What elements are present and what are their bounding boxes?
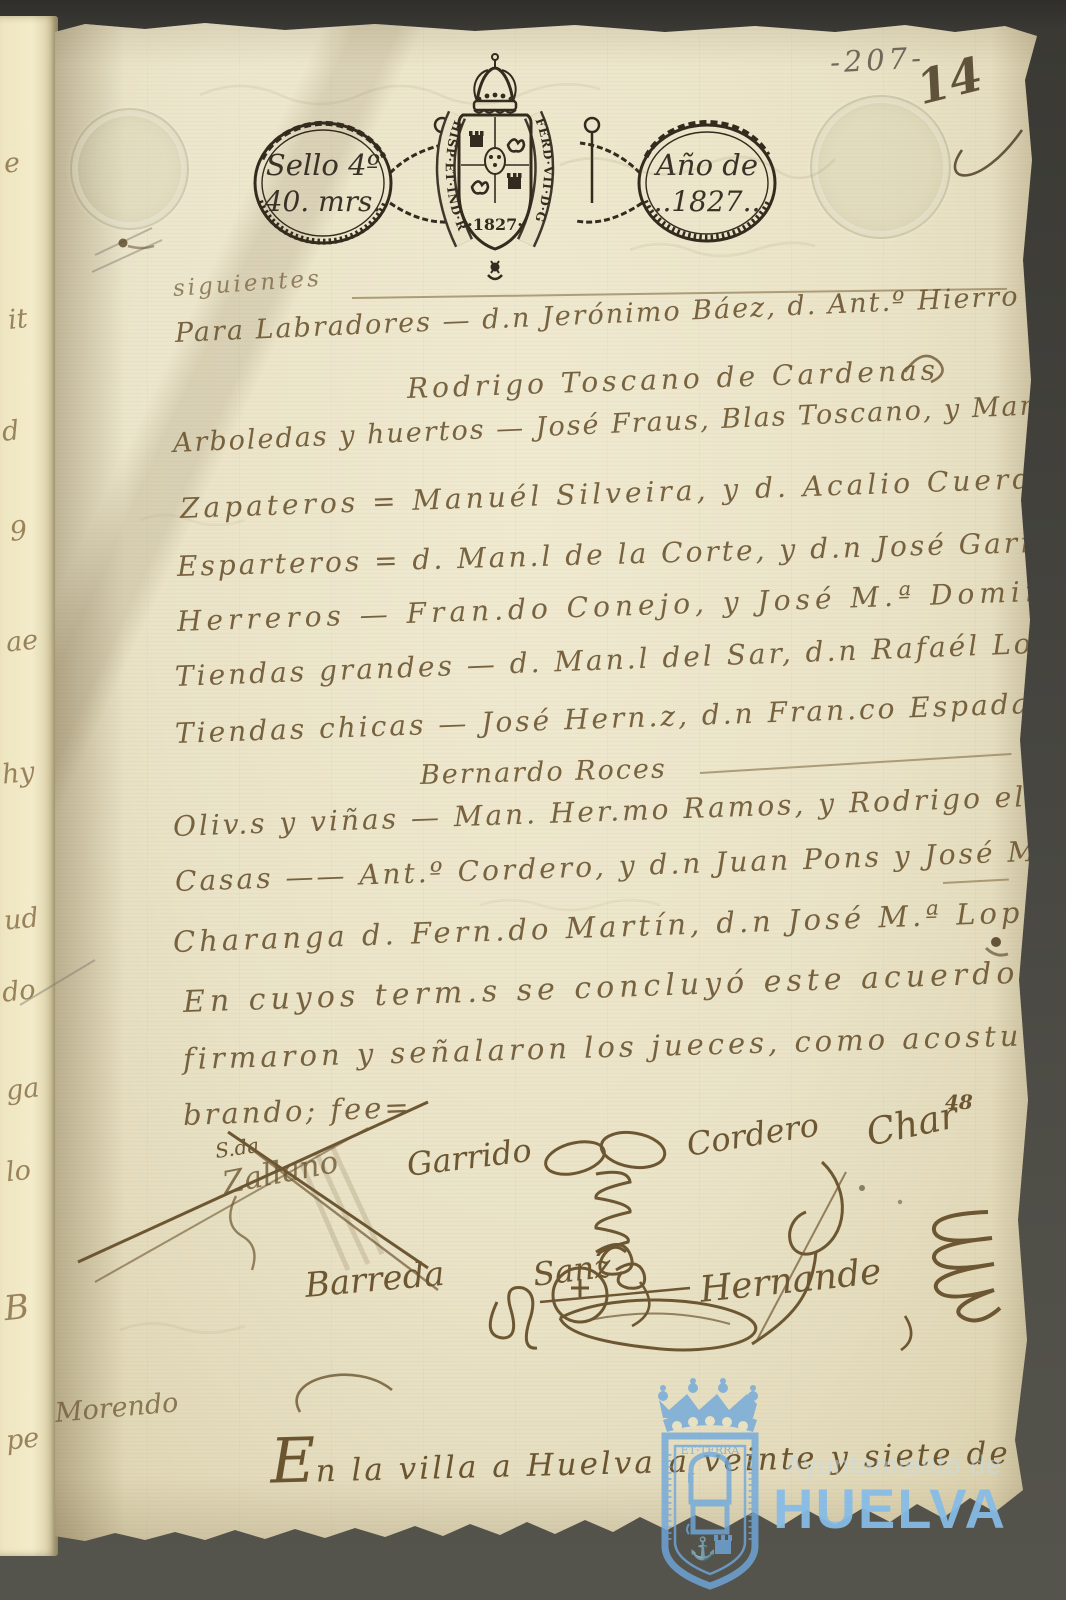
svg-text:FERD·VII·D·G: FERD·VII·D·G xyxy=(532,116,555,225)
signature-cordero: Cordero xyxy=(684,1105,821,1163)
signature-sanz: Sanz xyxy=(531,1247,614,1294)
margin-fragment: ud xyxy=(2,902,40,936)
margin-fragment: hy xyxy=(0,756,36,790)
stamp-band-right: FERD·VII·D·G xyxy=(532,116,555,225)
manuscript-line: En cuyos term.s se concluyó este acuerdo… xyxy=(182,953,1066,1020)
svg-text:HISP·ET·IND·R: HISP·ET·IND·R xyxy=(443,119,470,234)
signature-superscript: 48 xyxy=(945,1090,973,1114)
manuscript-line: Bernardo Roces xyxy=(420,754,668,791)
embossed-seal-icon xyxy=(810,95,951,239)
previous-page-edge: e it d ae hy ud ga 9 do lo B pe xyxy=(0,16,58,1556)
archive-page-number: -207- xyxy=(829,41,926,80)
manuscript-line: siguientes xyxy=(172,266,323,302)
closing-margin-word: Morendo xyxy=(54,1387,180,1429)
underline-rule xyxy=(943,879,1009,884)
manuscript-line: Casas —— Ant.º Cordero, y d.n Juan Pons … xyxy=(174,833,1066,898)
signature-hernandez: Hernande xyxy=(698,1251,883,1311)
stamp-class-line1: Sello 4º xyxy=(266,148,381,182)
margin-fragment: e xyxy=(2,147,21,180)
signature-superscript: S.da xyxy=(214,1133,261,1163)
margin-fragment: 9 xyxy=(8,515,28,548)
stamp-shield-year: ·1827· xyxy=(467,215,523,234)
margin-fragment: do xyxy=(0,974,37,1008)
margin-fragment: ae xyxy=(4,624,39,658)
anchor-icon: ⚓ xyxy=(689,1536,716,1562)
margin-fragment: d xyxy=(0,415,20,448)
margin-fragment: it xyxy=(6,303,29,336)
manuscript-line: Herreros — Fran.do Conejo, y José M.ª Do… xyxy=(176,570,1066,638)
entry-rule xyxy=(700,753,1012,774)
manuscript-line: Esparteros = d. Man.l de la Corte, y d.n… xyxy=(177,523,1066,583)
manuscript-line: Tiendas chicas — José Hern.z, d.n Fran.c… xyxy=(174,683,1066,750)
manuscript-line: firmaron y señalaron los jueces, como ac… xyxy=(183,1017,1066,1076)
signature-barreda: Barreda xyxy=(303,1254,446,1306)
stamp-class-line2: 40. mrs. xyxy=(264,185,382,218)
manuscript-line: Zapateros = Manuél Silveira, y d. Acalio… xyxy=(179,461,1055,525)
margin-fragment: lo xyxy=(4,1155,32,1188)
revenue-stamp: HISP·ET·IND·R FERD·VII·D·G xyxy=(250,53,790,288)
manuscript-line: Charanga d. Fern.do Martín, d.n José M.ª… xyxy=(172,891,1066,959)
stamp-year-line2: ..1827.. xyxy=(654,185,761,218)
signature-garrido: Garrido xyxy=(405,1131,534,1184)
margin-fragment: ga xyxy=(4,1072,40,1106)
scanned-manuscript-page: e it d ae hy ud ga 9 do lo B pe xyxy=(0,0,1066,1600)
embossed-seal-icon xyxy=(70,108,189,230)
closing-dateline: En la villa a Huelva a veinte y siete de xyxy=(269,1405,1011,1497)
manuscript-line: brando; fee= xyxy=(182,1090,412,1132)
margin-fragment: pe xyxy=(4,1422,40,1456)
document-sheet: HISP·ET·IND·R FERD·VII·D·G xyxy=(55,20,1037,1546)
stamp-year-line1: Año de xyxy=(653,148,758,182)
stamp-band-left: HISP·ET·IND·R xyxy=(443,119,470,234)
margin-fragment: B xyxy=(2,1287,31,1329)
